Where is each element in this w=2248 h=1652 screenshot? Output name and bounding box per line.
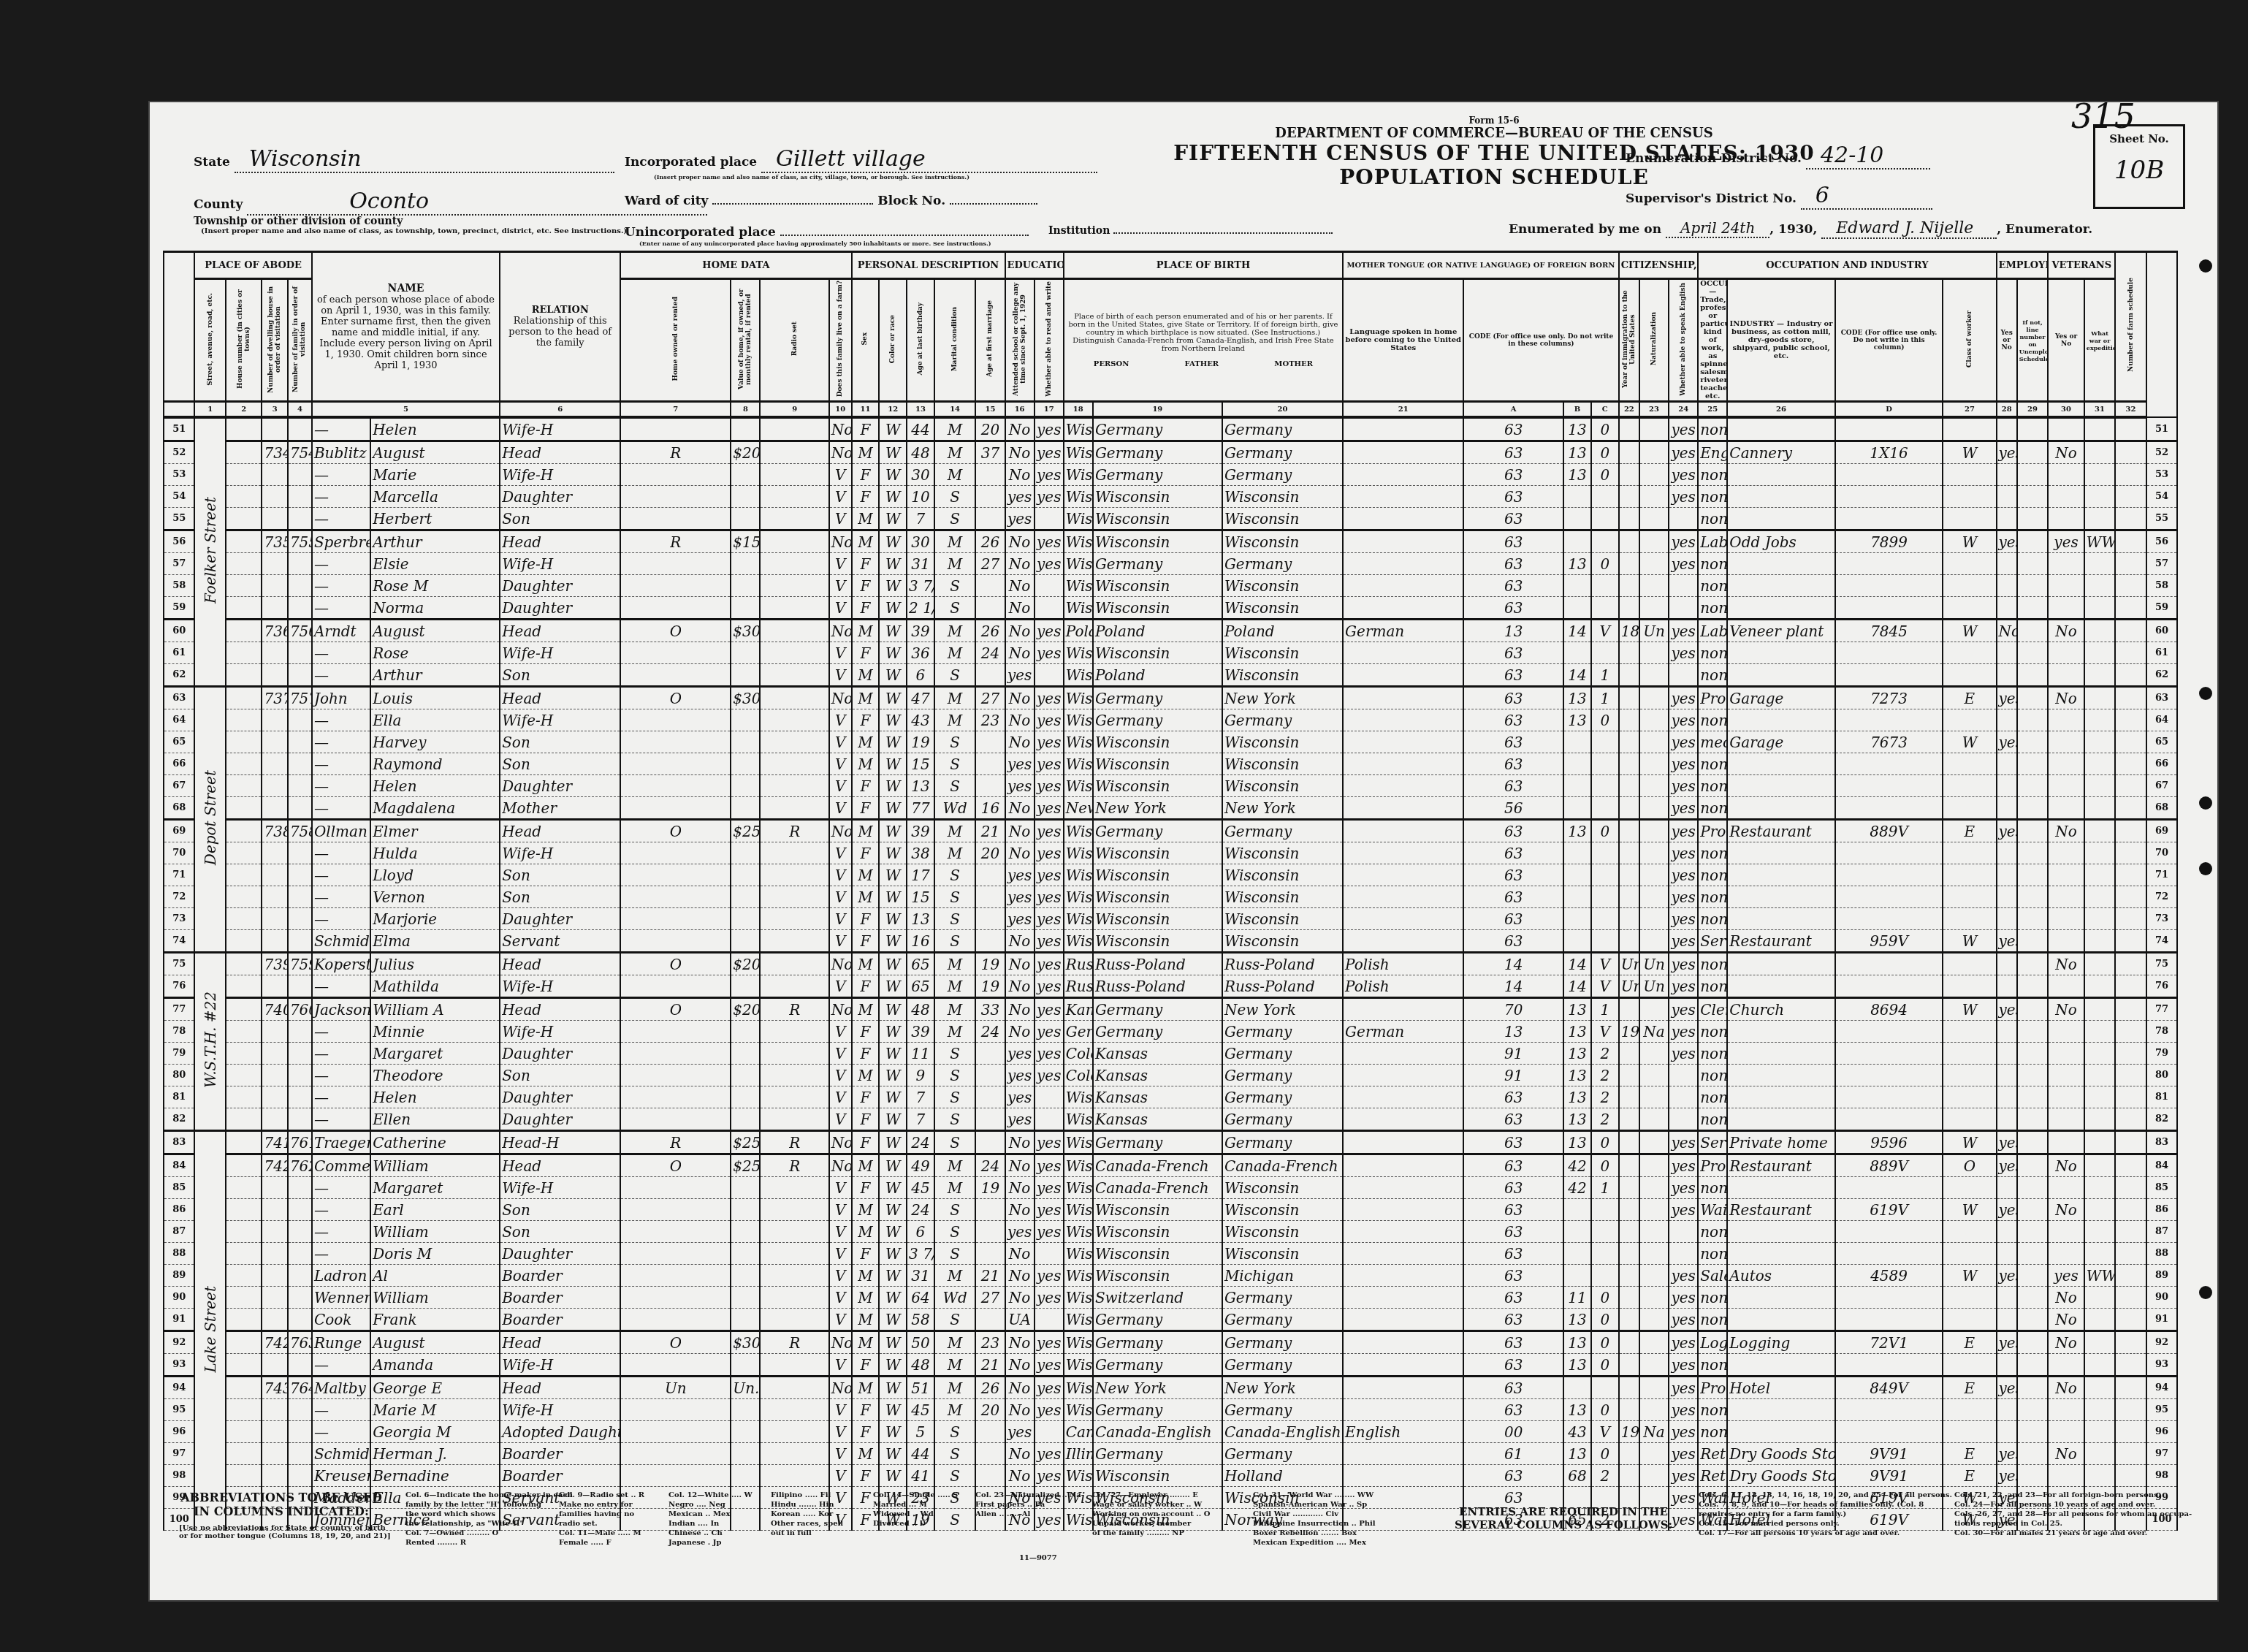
cell-radio xyxy=(760,864,828,886)
line-number-right: 66 xyxy=(2146,753,2177,775)
cell-work xyxy=(1997,1309,2017,1331)
cell-pob-m: Wisconsin xyxy=(1222,908,1343,930)
cell-age: 2 1/12 xyxy=(907,597,934,620)
cell-unemp xyxy=(2017,1399,2048,1421)
cell-value xyxy=(731,1443,760,1465)
cell-vet xyxy=(2048,842,2084,864)
cell-dwelling xyxy=(262,553,287,575)
cell-pob-m: Wisconsin xyxy=(1222,930,1343,953)
cell-read xyxy=(1035,575,1064,597)
cell-read: yes xyxy=(1035,886,1064,908)
cell-lang xyxy=(1343,575,1463,597)
cell-given: Helen xyxy=(370,1086,500,1108)
cell-vet xyxy=(2048,753,2084,775)
cell-nat xyxy=(1639,687,1669,709)
cell-occ-code xyxy=(1835,553,1943,575)
cell-pob: Wisconsin xyxy=(1064,1354,1093,1377)
cell-cb: 13 xyxy=(1563,1021,1591,1043)
enumeration-district-field: Enumeration District No. 42-10 xyxy=(1626,142,1930,170)
cell-cb: 42 xyxy=(1563,1154,1591,1177)
cell-school: No xyxy=(1005,1377,1035,1399)
cell-pob-f: Canada-French xyxy=(1093,1177,1222,1199)
cell-pob: Wisconsin xyxy=(1064,1221,1093,1243)
cell-dwelling xyxy=(262,1086,287,1108)
cell-read: yes xyxy=(1035,1377,1064,1399)
cell-ind xyxy=(1727,1243,1835,1265)
cell-surname: — xyxy=(312,975,370,998)
cell-radio xyxy=(760,642,828,664)
cell-imm xyxy=(1619,687,1639,709)
cell-occ-code xyxy=(1835,664,1943,687)
cell-eng: yes xyxy=(1669,1399,1698,1421)
cell-sex: M xyxy=(852,1265,880,1287)
cell-pob-f: Wisconsin xyxy=(1093,775,1222,797)
cell-surname: — xyxy=(312,775,370,797)
cell-pob: Wisconsin xyxy=(1064,842,1093,864)
cell-farm: V xyxy=(829,886,852,908)
cell-age-married: 19 xyxy=(975,975,1005,998)
cell-occ: none xyxy=(1698,1243,1727,1265)
cell-vet xyxy=(2048,664,2084,687)
cell-race: W xyxy=(879,664,907,687)
cell-dwelling xyxy=(262,575,287,597)
cell-ca: 13 xyxy=(1463,620,1563,642)
cell-nat: Un xyxy=(1639,953,1669,975)
cell-age: 47 xyxy=(907,687,934,709)
table-row: 74SchmidtElmaServantVFW16SNoyesWisconsin… xyxy=(164,930,2203,953)
cell-pob-m: Wisconsin xyxy=(1222,864,1343,886)
cell-imm xyxy=(1619,1265,1639,1287)
cell-marital: M xyxy=(934,464,976,486)
cell-work xyxy=(1997,508,2017,530)
cell-age-married xyxy=(975,1443,1005,1465)
cell-relation: Daughter xyxy=(500,1086,620,1108)
cell-given: William xyxy=(370,1154,500,1177)
cell-given: Ella xyxy=(370,709,500,731)
cell-unemp xyxy=(2017,908,2048,930)
cell-farm: V xyxy=(829,1354,852,1377)
line-number-right: 94 xyxy=(2146,1377,2177,1399)
cell-dwelling xyxy=(262,930,287,953)
cell-age: 48 xyxy=(907,441,934,464)
cell-age-married xyxy=(975,1108,1005,1131)
line-number-right: 79 xyxy=(2146,1043,2177,1065)
cell-age-married xyxy=(975,1131,1005,1154)
cell-unemp xyxy=(2017,930,2048,953)
cell-dwelling xyxy=(262,886,287,908)
schedule-rows: 51Foelker Street—HelenWife-HNoFW44M20Noy… xyxy=(164,417,2203,1531)
column-number: 7 xyxy=(620,402,731,418)
cell-owned xyxy=(620,1265,731,1287)
cell-cb xyxy=(1563,753,1591,775)
cell-house xyxy=(226,709,262,731)
line-number-right: 72 xyxy=(2146,886,2177,908)
cell-dwelling xyxy=(262,1443,287,1465)
cell-given: Herbert xyxy=(370,508,500,530)
cell-family xyxy=(288,1465,312,1487)
cell-imm xyxy=(1619,753,1639,775)
cell-work xyxy=(1997,1065,2017,1086)
cell-cc xyxy=(1591,864,1619,886)
cell-lang xyxy=(1343,1465,1463,1487)
cell-relation: Daughter xyxy=(500,1043,620,1065)
cell-dwelling xyxy=(262,1199,287,1221)
col-header-name: NAMEof each person whose place of abode … xyxy=(312,252,500,402)
cell-owned xyxy=(620,1354,731,1377)
cell-relation: Wife-H xyxy=(500,709,620,731)
cell-vet: No xyxy=(2048,620,2084,642)
cell-read: yes xyxy=(1035,1043,1064,1065)
cell-cb xyxy=(1563,486,1591,508)
cell-read: yes xyxy=(1035,1221,1064,1243)
cell-given: Margaret xyxy=(370,1177,500,1199)
cell-pob: Wisconsin xyxy=(1064,486,1093,508)
cell-farm: V xyxy=(829,1243,852,1265)
cell-lang xyxy=(1343,775,1463,797)
street-name: Foelker Street xyxy=(194,417,225,687)
cell-value xyxy=(731,886,760,908)
cell-nat xyxy=(1639,1443,1669,1465)
cell-ca: 00 xyxy=(1463,1421,1563,1443)
cell-dwelling xyxy=(262,1021,287,1043)
cell-pob: Wisconsin xyxy=(1064,530,1093,553)
cell-work: yes xyxy=(1997,1465,2017,1487)
cell-age-married: 21 xyxy=(975,1265,1005,1287)
cell-cc xyxy=(1591,575,1619,597)
cell-imm xyxy=(1619,842,1639,864)
cell-vet xyxy=(2048,709,2084,731)
cell-nat xyxy=(1639,417,1669,441)
cell-work xyxy=(1997,417,2017,441)
cell-school: No xyxy=(1005,464,1035,486)
cell-eng: yes xyxy=(1669,1043,1698,1065)
cell-sex: F xyxy=(852,642,880,664)
cell-war xyxy=(2084,1354,2115,1377)
cell-farm: No xyxy=(829,687,852,709)
cell-radio xyxy=(760,1465,828,1487)
cell-dwelling xyxy=(262,1354,287,1377)
cell-vet xyxy=(2048,886,2084,908)
cell-age: 11 xyxy=(907,1043,934,1065)
cell-house xyxy=(226,530,262,553)
cell-family xyxy=(288,709,312,731)
cell-ind xyxy=(1727,864,1835,886)
cell-ind xyxy=(1727,908,1835,930)
cell-house xyxy=(226,553,262,575)
cell-occ: Proprietor xyxy=(1698,1377,1727,1399)
cell-sex: F xyxy=(852,775,880,797)
cell-race: W xyxy=(879,1043,907,1065)
cell-ind xyxy=(1727,797,1835,820)
cell-eng: yes xyxy=(1669,820,1698,842)
group-place-of-abode: PLACE OF ABODE xyxy=(194,252,311,279)
cell-marital: M xyxy=(934,553,976,575)
cell-nat xyxy=(1639,908,1669,930)
cell-farm: V xyxy=(829,1221,852,1243)
cell-war xyxy=(2084,1021,2115,1043)
cell-cls xyxy=(1943,753,1996,775)
table-row: 89LadronAlBoarderVMW31M21NoyesWisconsinW… xyxy=(164,1265,2203,1287)
cell-school: No xyxy=(1005,575,1035,597)
cell-imm xyxy=(1619,530,1639,553)
cell-imm xyxy=(1619,1399,1639,1421)
cell-cls: W xyxy=(1943,1131,1996,1154)
cell-given: Earl xyxy=(370,1199,500,1221)
cell-relation: Boarder xyxy=(500,1465,620,1487)
cell-cb: 13 xyxy=(1563,1131,1591,1154)
cell-age-married: 27 xyxy=(975,1287,1005,1309)
column-number: 19 xyxy=(1093,402,1222,418)
cell-cc xyxy=(1591,775,1619,797)
cell-unemp xyxy=(2017,687,2048,709)
column-number: 1 xyxy=(194,402,225,418)
table-row: 67—HelenDaughterVFW13SyesyesWisconsinWis… xyxy=(164,775,2203,797)
line-number-right: 74 xyxy=(2146,930,2177,953)
cell-marital: S xyxy=(934,575,976,597)
cell-radio xyxy=(760,441,828,464)
column-number: 12 xyxy=(879,402,907,418)
cell-cls xyxy=(1943,1108,1996,1131)
cell-dwelling xyxy=(262,417,287,441)
cell-occ-code: 7273 xyxy=(1835,687,1943,709)
cell-war xyxy=(2084,1443,2115,1465)
cell-occ: Clergyman xyxy=(1698,998,1727,1021)
cell-race: W xyxy=(879,575,907,597)
cell-ind: Hotel xyxy=(1727,1377,1835,1399)
cell-unemp xyxy=(2017,820,2048,842)
cell-eng: yes xyxy=(1669,842,1698,864)
cell-school: yes xyxy=(1005,908,1035,930)
cell-vet xyxy=(2048,1421,2084,1443)
cell-school: No xyxy=(1005,842,1035,864)
cell-race: W xyxy=(879,642,907,664)
cell-cc xyxy=(1591,1243,1619,1265)
cell-age: 30 xyxy=(907,464,934,486)
cell-ind: Veneer plant xyxy=(1727,620,1835,642)
cell-age-married xyxy=(975,1199,1005,1221)
cell-vet: No xyxy=(2048,687,2084,709)
cell-cls xyxy=(1943,842,1996,864)
cell-dwelling xyxy=(262,597,287,620)
cell-occ: none xyxy=(1698,1043,1727,1065)
cell-ca: 63 xyxy=(1463,908,1563,930)
cell-occ-code xyxy=(1835,1065,1943,1086)
cell-vet xyxy=(2048,1086,2084,1108)
cell-pob: Wisconsin xyxy=(1064,820,1093,842)
cell-school: No xyxy=(1005,1199,1035,1221)
cell-war xyxy=(2084,1309,2115,1331)
cell-eng: yes xyxy=(1669,709,1698,731)
cell-eng: yes xyxy=(1669,775,1698,797)
cell-surname: Cook xyxy=(312,1309,370,1331)
cell-unemp xyxy=(2017,508,2048,530)
cell-pob-f: Germany xyxy=(1093,1309,1222,1331)
cell-cc: 2 xyxy=(1591,1108,1619,1131)
cell-eng xyxy=(1669,1086,1698,1108)
cell-dwelling xyxy=(262,753,287,775)
cell-imm xyxy=(1619,908,1639,930)
table-row: 58—Rose MDaughterVFW3 7/12SNoWisconsinWi… xyxy=(164,575,2203,597)
cell-school: yes xyxy=(1005,508,1035,530)
cell-radio xyxy=(760,687,828,709)
cell-race: W xyxy=(879,1377,907,1399)
line-number-right: 61 xyxy=(2146,642,2177,664)
cell-radio xyxy=(760,886,828,908)
cell-relation: Wife-H xyxy=(500,975,620,998)
cell-eng xyxy=(1669,508,1698,530)
cell-value xyxy=(731,1108,760,1131)
cell-marital: S xyxy=(934,508,976,530)
cell-radio xyxy=(760,464,828,486)
line-number: 91 xyxy=(164,1309,194,1331)
cell-cc: 0 xyxy=(1591,820,1619,842)
cell-read xyxy=(1035,1108,1064,1131)
cell-read: yes xyxy=(1035,775,1064,797)
cell-relation: Daughter xyxy=(500,486,620,508)
table-row: 80—TheodoreSonVMW9SyesyesColoradoKansasG… xyxy=(164,1065,2203,1086)
cell-race: W xyxy=(879,1399,907,1421)
cell-sex: F xyxy=(852,908,880,930)
cell-given: August xyxy=(370,441,500,464)
table-row: 66—RaymondSonVMW15SyesyesWisconsinWiscon… xyxy=(164,753,2203,775)
cell-read: yes xyxy=(1035,642,1064,664)
cell-vet xyxy=(2048,1354,2084,1377)
cell-surname: Ladron xyxy=(312,1265,370,1287)
cell-lang xyxy=(1343,753,1463,775)
cell-lang xyxy=(1343,1065,1463,1086)
cell-pob-m: Wisconsin xyxy=(1222,486,1343,508)
cell-occ: Waiter xyxy=(1698,1199,1727,1221)
cell-race: W xyxy=(879,842,907,864)
cell-cb xyxy=(1563,508,1591,530)
column-number: 18 xyxy=(1064,402,1093,418)
cell-radio xyxy=(760,597,828,620)
cell-read: yes xyxy=(1035,1354,1064,1377)
cell-unemp xyxy=(2017,1265,2048,1287)
cell-vet xyxy=(2048,930,2084,953)
cell-cc: 1 xyxy=(1591,664,1619,687)
line-number-right: 64 xyxy=(2146,709,2177,731)
cell-work: yes xyxy=(1997,1154,2017,1177)
cell-ind: Dry Goods Store xyxy=(1727,1465,1835,1487)
cell-value xyxy=(731,753,760,775)
cell-value xyxy=(731,709,760,731)
cell-relation: Boarder xyxy=(500,1265,620,1287)
cell-pob-f: Germany xyxy=(1093,1021,1222,1043)
form-number: Form 15-6 xyxy=(1165,115,1823,126)
cell-house xyxy=(226,1154,262,1177)
cell-owned xyxy=(620,508,731,530)
cell-occ: Retail merchant xyxy=(1698,1465,1727,1487)
cell-lang xyxy=(1343,1309,1463,1331)
table-row: 57—ElsieWife-HVFW31M27NoyesWisconsinGerm… xyxy=(164,553,2203,575)
cell-given: Marie M xyxy=(370,1399,500,1421)
cell-occ-code xyxy=(1835,1243,1943,1265)
cell-school: No xyxy=(1005,953,1035,975)
cell-owned xyxy=(620,1421,731,1443)
cell-cb xyxy=(1563,908,1591,930)
cell-owned xyxy=(620,464,731,486)
line-number: 67 xyxy=(164,775,194,797)
cell-marital: S xyxy=(934,775,976,797)
cell-vet xyxy=(2048,597,2084,620)
cell-cls: E xyxy=(1943,687,1996,709)
cell-value xyxy=(731,1243,760,1265)
cell-pob-m: Germany xyxy=(1222,441,1343,464)
column-number: 27 xyxy=(1943,402,1996,418)
cell-work: No xyxy=(1997,620,2017,642)
cell-imm xyxy=(1619,1287,1639,1309)
cell-pob-m: Germany xyxy=(1222,1287,1343,1309)
cell-read xyxy=(1035,1086,1064,1108)
cell-ind xyxy=(1727,1065,1835,1086)
cell-value xyxy=(731,464,760,486)
cell-read: yes xyxy=(1035,975,1064,998)
cell-vet xyxy=(2048,1221,2084,1243)
cell-house xyxy=(226,930,262,953)
cell-nat xyxy=(1639,753,1669,775)
cell-war xyxy=(2084,1221,2115,1243)
line-number-right: 85 xyxy=(2146,1177,2177,1199)
cell-sex: F xyxy=(852,486,880,508)
cell-value xyxy=(731,508,760,530)
group-citizenship: CITIZENSHIP, ETC. xyxy=(1619,252,1699,279)
cell-imm xyxy=(1619,1465,1639,1487)
cell-given: Marie xyxy=(370,464,500,486)
cell-age-married xyxy=(975,464,1005,486)
cell-vet: No xyxy=(2048,820,2084,842)
cell-imm xyxy=(1619,1086,1639,1108)
cell-value xyxy=(731,1043,760,1065)
cell-family xyxy=(288,775,312,797)
cell-cb: 13 xyxy=(1563,441,1591,464)
cell-ind xyxy=(1727,664,1835,687)
cell-age-married: 33 xyxy=(975,998,1005,1021)
cell-ca: 63 xyxy=(1463,753,1563,775)
cell-imm xyxy=(1619,864,1639,886)
cell-imm: 1894 xyxy=(1619,620,1639,642)
line-number-right: 84 xyxy=(2146,1154,2177,1177)
cell-ind xyxy=(1727,1399,1835,1421)
cell-house xyxy=(226,1354,262,1377)
cell-surname: — xyxy=(312,1177,370,1199)
cell-ind xyxy=(1727,575,1835,597)
cell-surname: — xyxy=(312,1399,370,1421)
cell-dwelling xyxy=(262,1309,287,1331)
cell-marital: M xyxy=(934,1354,976,1377)
cell-cb: 43 xyxy=(1563,1421,1591,1443)
cell-cls: W xyxy=(1943,1265,1996,1287)
cell-pob: Wisconsin xyxy=(1064,441,1093,464)
cell-cc: 1 xyxy=(1591,998,1619,1021)
cell-given: Helen xyxy=(370,417,500,441)
cell-work xyxy=(1997,797,2017,820)
cell-cc: 0 xyxy=(1591,1331,1619,1354)
table-row: 94743764MaltbyGeorge EHeadUnUn.NoMW51M26… xyxy=(164,1377,2203,1399)
cell-surname: — xyxy=(312,1065,370,1086)
cell-family: 760 xyxy=(288,998,312,1021)
cell-nat xyxy=(1639,1177,1669,1199)
cell-ind xyxy=(1727,417,1835,441)
cell-race: W xyxy=(879,975,907,998)
table-row: 97SchmidtHerman J.BoarderVMW44SNoyesIlli… xyxy=(164,1443,2203,1465)
cell-occ: Retail merchant xyxy=(1698,1443,1727,1465)
cell-radio xyxy=(760,1086,828,1108)
cell-cb: 13 xyxy=(1563,1309,1591,1331)
cell-pob: Wisconsin xyxy=(1064,886,1093,908)
cell-cls xyxy=(1943,975,1996,998)
cell-race: W xyxy=(879,1243,907,1265)
